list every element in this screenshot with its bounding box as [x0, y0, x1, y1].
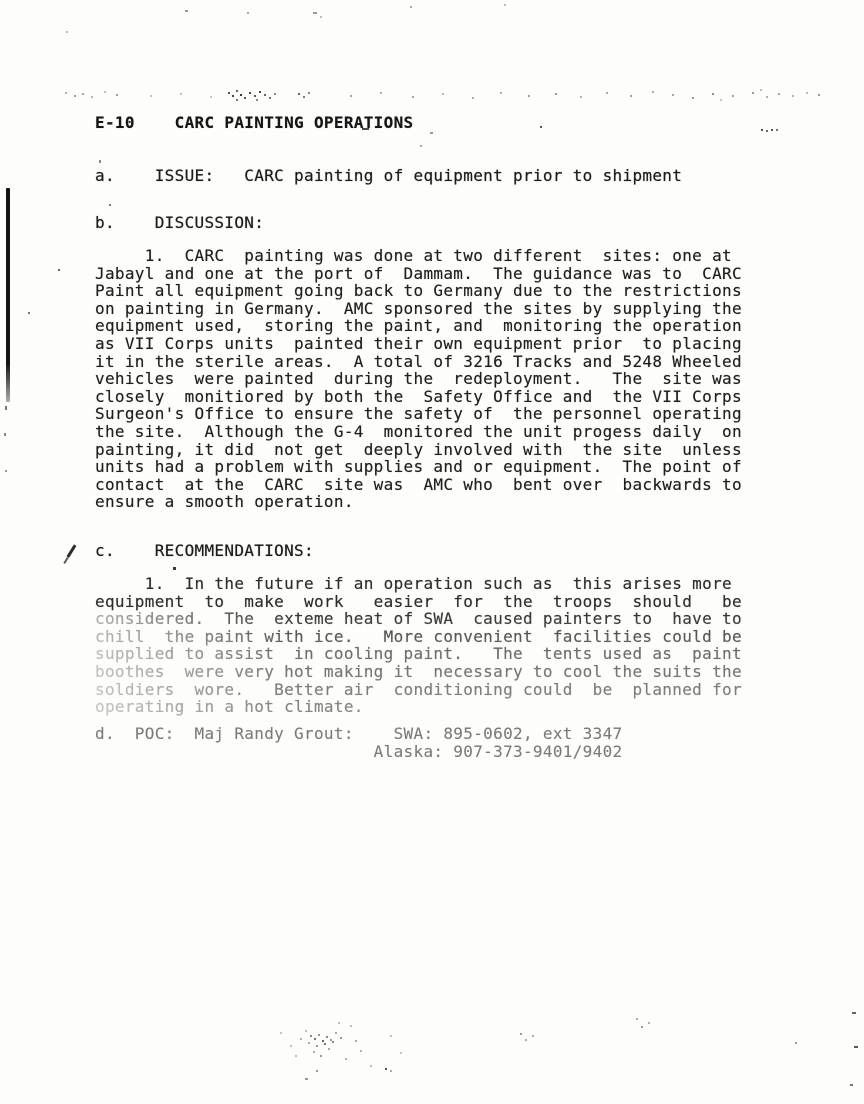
scanned-document-page: E-10 CARC PAINTING OPERATIONS a. ISSUE: … — [0, 0, 864, 1104]
scan-speck — [320, 16, 322, 18]
recommendations-label: c. RECOMMENDATIONS: — [95, 542, 314, 560]
scan-speck — [520, 1033, 522, 1035]
scan-speck — [109, 204, 111, 206]
scan-speck — [410, 6, 412, 8]
scan-speck — [5, 406, 7, 410]
scan-speck — [540, 126, 542, 128]
scan-speck — [761, 129, 763, 131]
scan-speck — [390, 1070, 392, 1072]
issue-line: a. ISSUE: CARC painting of equipment pri… — [95, 167, 682, 185]
scan-speck — [776, 129, 778, 131]
scan-speck — [185, 10, 188, 12]
scan-edge-line — [6, 188, 10, 402]
scan-speck — [766, 130, 768, 132]
scan-speck — [313, 12, 317, 14]
scan-speck — [795, 1042, 797, 1044]
scan-speck — [173, 567, 176, 570]
scan-speck — [28, 312, 30, 314]
poc-line-2: Alaska: 907-373-9401/9402 — [95, 743, 623, 762]
scan-speck — [504, 4, 506, 6]
scan-speck — [58, 269, 60, 271]
scan-speck — [247, 12, 249, 14]
scan-speck — [420, 145, 422, 147]
document-heading: E-10 CARC PAINTING OPERATIONS — [95, 114, 414, 132]
handwritten-slash-mark — [66, 544, 76, 557]
discussion-paragraph: 1. CARC painting was done at two differe… — [95, 247, 742, 511]
scan-speck — [5, 470, 7, 472]
scan-speck — [4, 433, 6, 436]
poc-line-1: d. POC: Maj Randy Grout: SWA: 895-0602, … — [95, 725, 623, 744]
scan-speck — [430, 132, 433, 134]
scan-speck — [305, 1078, 308, 1080]
scan-speck — [854, 1046, 858, 1048]
handwritten-slash-tick — [63, 557, 68, 564]
recommendations-paragraph: 1. In the future if an operation such as… — [95, 575, 742, 716]
scan-speck — [852, 1012, 856, 1014]
scan-noise-cluster — [280, 1010, 282, 1012]
discussion-label: b. DISCUSSION: — [95, 214, 264, 232]
scan-speck — [850, 1084, 853, 1086]
scan-speck — [771, 129, 773, 131]
scan-speck — [66, 31, 68, 33]
scan-noise-band — [60, 86, 62, 88]
scan-speck — [99, 160, 101, 163]
